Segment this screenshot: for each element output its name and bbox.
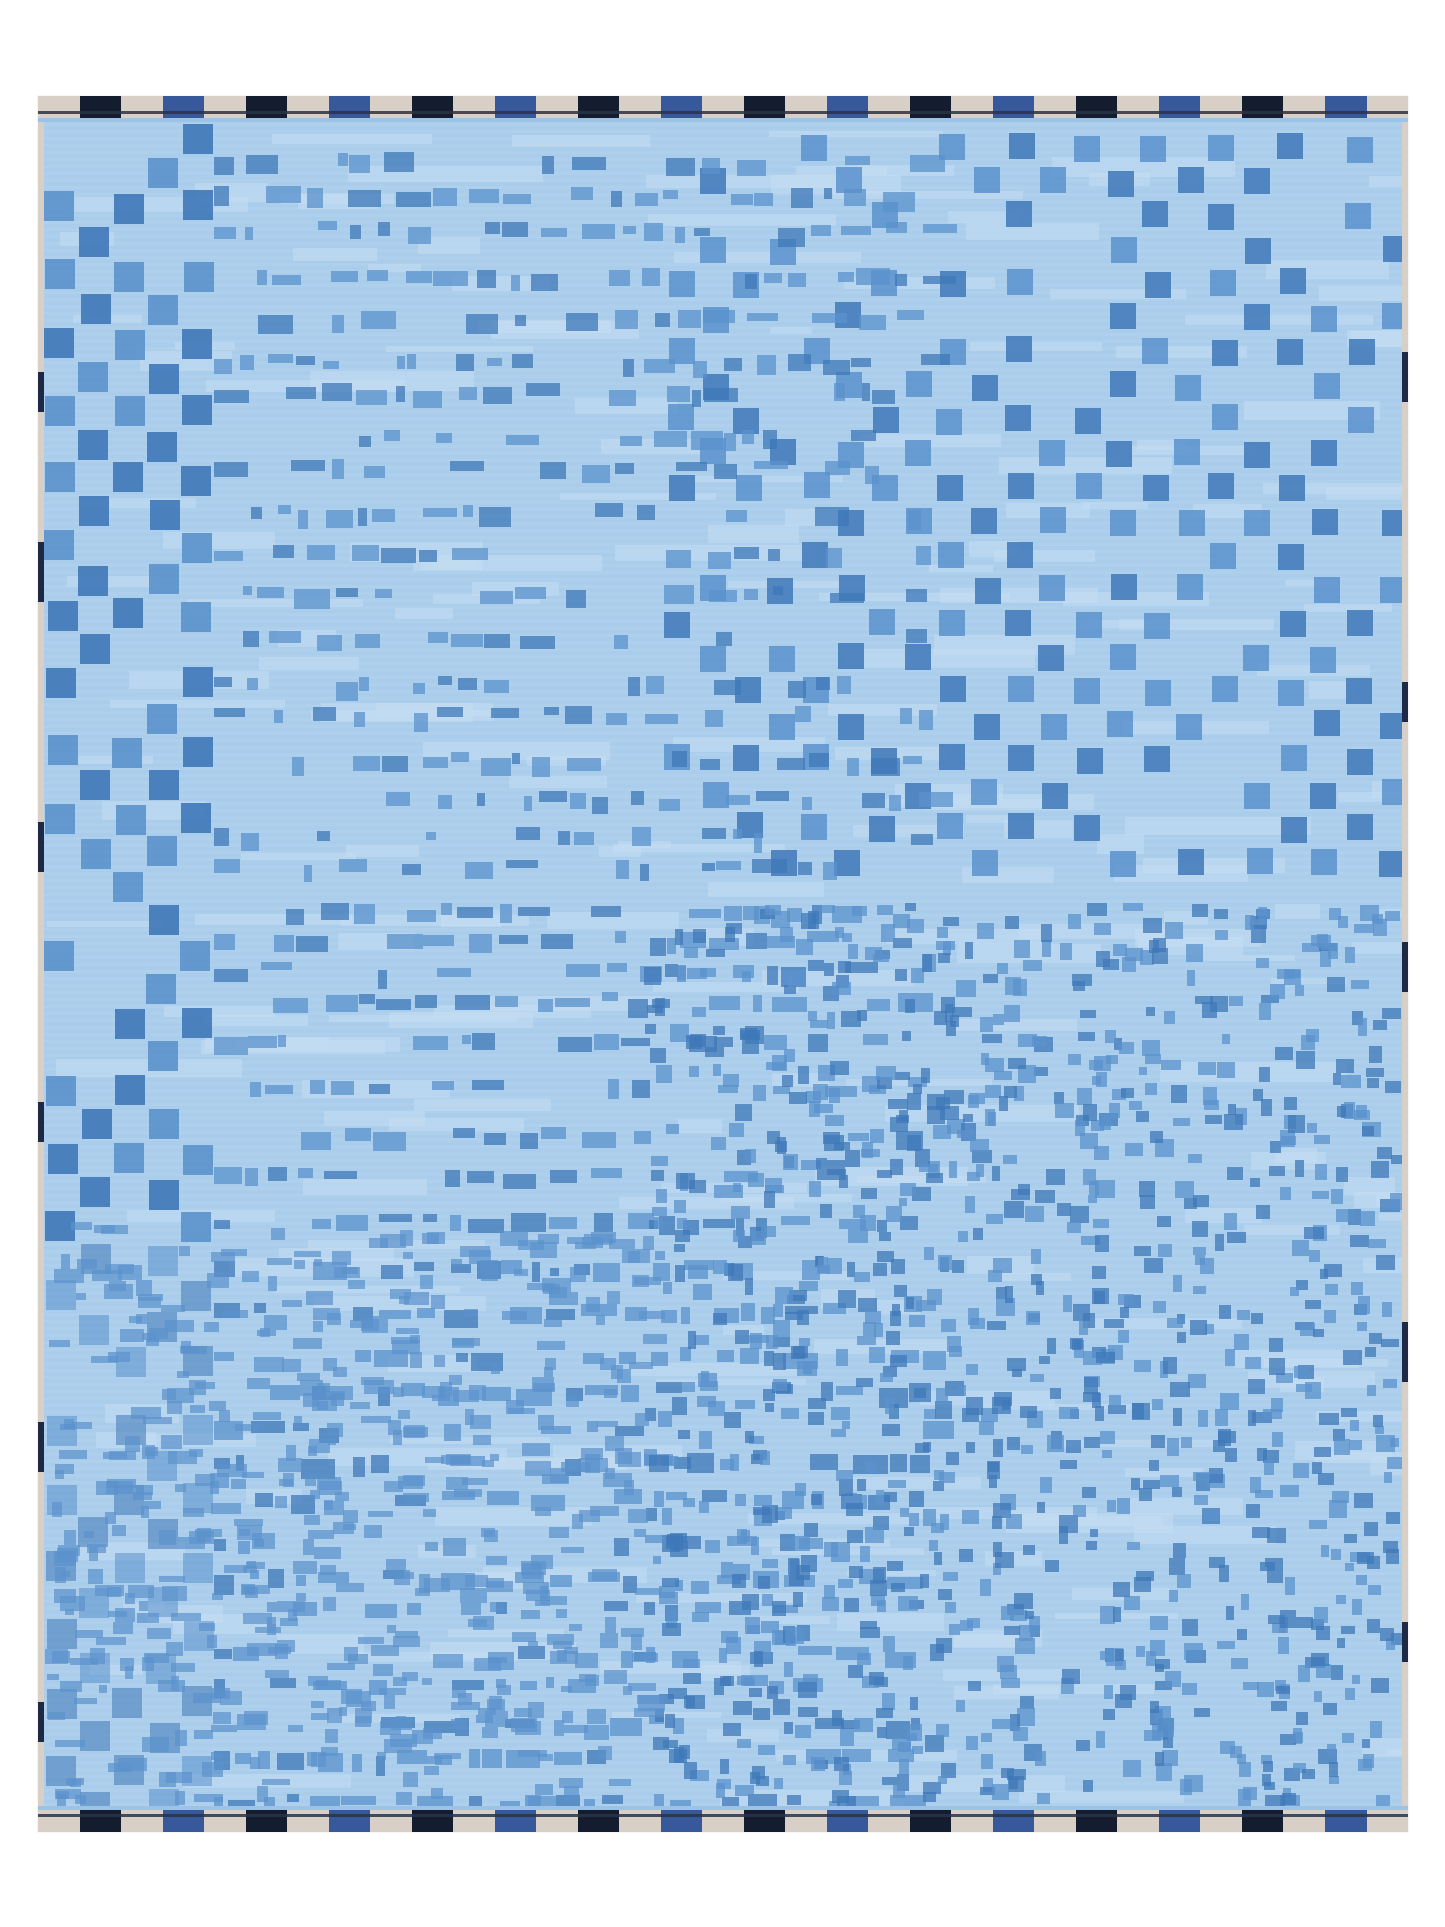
selvedge-mark (1402, 682, 1408, 722)
border-stripe (370, 96, 412, 118)
border-stripe (1159, 1810, 1201, 1832)
border-stripe (1159, 96, 1201, 118)
border-stripe (1283, 96, 1325, 118)
border-stripe (868, 1810, 910, 1832)
border-stripe (1325, 1810, 1367, 1832)
border-stripe (1034, 96, 1076, 118)
border-stripe (287, 1810, 329, 1832)
rug: Hand-knotted shag rug with blue checkerb… (38, 96, 1408, 1832)
border-stripe (951, 1810, 993, 1832)
border-stripe (329, 1810, 371, 1832)
border-stripe (453, 1810, 495, 1832)
border-stripe (910, 96, 952, 118)
rug-field (44, 122, 1402, 1806)
border-stripe (578, 1810, 620, 1832)
border-stripe (80, 1810, 122, 1832)
border-stripe (1283, 1810, 1325, 1832)
border-stripe (38, 96, 80, 118)
border-stripe (785, 1810, 827, 1832)
border-stripe (204, 96, 246, 118)
border-stripe (329, 96, 371, 118)
border-stripe (702, 1810, 744, 1832)
border-stripe (121, 96, 163, 118)
border-stripe (1200, 96, 1242, 118)
border-stripe (1117, 96, 1159, 118)
border-stripe (1242, 96, 1284, 118)
border-stripe (951, 96, 993, 118)
border-stripe (744, 1810, 786, 1832)
border-stripe (910, 1810, 952, 1832)
border-stripe (744, 96, 786, 118)
border-stripe (1367, 96, 1409, 118)
border-stripe (993, 1810, 1035, 1832)
selvedge-mark (1402, 1622, 1408, 1662)
selvedge-mark (1402, 1322, 1408, 1382)
border-stripe (1076, 1810, 1118, 1832)
selvedge-mark (1402, 352, 1408, 402)
border-stripe (536, 1810, 578, 1832)
border-stripe (163, 1810, 205, 1832)
border-stripe (495, 1810, 537, 1832)
rug-top-border (38, 96, 1408, 118)
border-stripe (1325, 96, 1367, 118)
border-stripe (495, 96, 537, 118)
border-stripe (868, 96, 910, 118)
border-stripe (619, 1810, 661, 1832)
border-stripe (1242, 1810, 1284, 1832)
border-stripe (121, 1810, 163, 1832)
border-stripe (1367, 1810, 1409, 1832)
border-stripe (619, 96, 661, 118)
border-stripe (536, 96, 578, 118)
border-stripe (827, 96, 869, 118)
border-stripe (412, 1810, 454, 1832)
border-stripe (246, 1810, 288, 1832)
border-stripe (287, 96, 329, 118)
border-stripe (163, 96, 205, 118)
border-stripe (1117, 1810, 1159, 1832)
border-stripe (1200, 1810, 1242, 1832)
selvedge-mark (1402, 942, 1408, 992)
border-stripe (246, 96, 288, 118)
border-stripe (661, 96, 703, 118)
border-stripe (204, 1810, 246, 1832)
border-stripe (370, 1810, 412, 1832)
border-stripe (1034, 1810, 1076, 1832)
rug-right-selvedge (1402, 122, 1408, 1806)
border-stripe (1076, 96, 1118, 118)
border-stripe (38, 1810, 80, 1832)
border-stripe (661, 1810, 703, 1832)
border-stripe (785, 96, 827, 118)
border-stripe (453, 96, 495, 118)
border-stripe (80, 96, 122, 118)
border-stripe (412, 96, 454, 118)
border-stripe (827, 1810, 869, 1832)
border-stripe (702, 96, 744, 118)
border-stripe (993, 96, 1035, 118)
rug-bottom-border (38, 1810, 1408, 1832)
border-stripe (578, 96, 620, 118)
